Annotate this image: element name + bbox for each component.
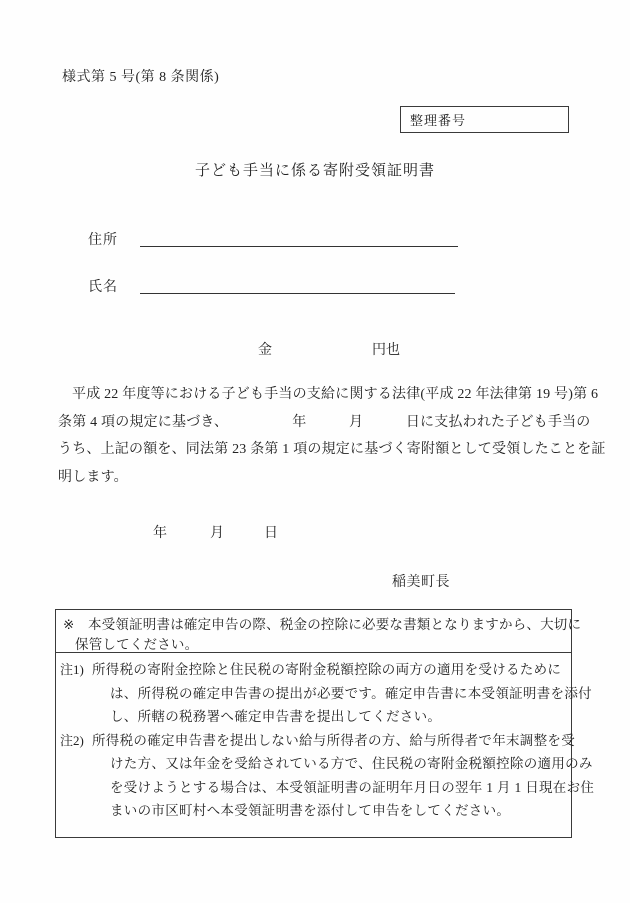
notes-box: ※ 本受領証明書は確定申告の際、税金の控除に必要な書類となりますから、大切に 保… [55, 609, 572, 838]
name-label: 氏名 [88, 276, 118, 296]
note-line: は、所得税の確定申告書の提出が必要です。確定申告書に本受領証明書を添付 [110, 682, 571, 706]
document-page: { "page": { "form_label": "様式第 5 号(第 8 条… [0, 0, 630, 903]
notes-section: 注1) 所得税の寄附金控除と住民税の寄附金税額控除の両方の適用を受けるために は… [56, 653, 571, 823]
amount-prefix-label: 金 [258, 339, 272, 359]
paragraph-line: 明します。 [58, 464, 572, 492]
note-line: を受けようとする場合は、本受領証明書の証明年月日の翌年 1 月 1 日現在お住 [110, 776, 571, 800]
address-label: 住所 [88, 229, 118, 249]
note-item-1: 注1) 所得税の寄附金控除と住民税の寄附金税額控除の両方の適用を受けるために は… [56, 658, 571, 729]
paragraph-line: 平成 22 年度等における子ども手当の支給に関する法律(平成 22 年法律第 1… [58, 381, 572, 409]
note-line: し、所轄の税務署へ確定申告書を提出してください。 [110, 705, 571, 729]
note-1-label: 注1) [60, 658, 84, 682]
certification-paragraph: 平成 22 年度等における子ども手当の支給に関する法律(平成 22 年法律第 1… [58, 381, 572, 491]
note-line: 所得税の寄附金控除と住民税の寄附金税額控除の両方の適用を受けるために [92, 658, 571, 682]
warning-line: 保管してください。 [75, 635, 571, 655]
note-line: まいの市区町村へ本受領証明書を添付して申告をしてください。 [110, 799, 571, 823]
note-line: 所得税の確定申告書を提出しない給与所得者の方、給与所得者で年末調整を受 [92, 729, 571, 753]
note-2-label: 注2) [60, 729, 84, 753]
paragraph-line: 条第 4 項の規定に基づき、 年 月 日に支払われた子ども手当の [58, 409, 572, 437]
warning-marker: ※ [63, 615, 74, 635]
note-item-2: 注2) 所得税の確定申告書を提出しない給与所得者の方、給与所得者で年末調整を受 … [56, 729, 571, 823]
reference-number-label: 整理番号 [410, 110, 466, 129]
address-fill-line [140, 246, 458, 247]
note-line: けた方、又は年金を受給されている方で、住民税の寄附金税額控除の適用のみ [110, 752, 571, 776]
issuer-signature: 稲美町長 [392, 571, 450, 591]
warning-section: ※ 本受領証明書は確定申告の際、税金の控除に必要な書類となりますから、大切に 保… [56, 610, 571, 653]
form-number-label: 様式第 5 号(第 8 条関係) [62, 66, 219, 86]
document-title: 子ども手当に係る寄附受領証明書 [0, 159, 630, 180]
reference-number-box: 整理番号 [400, 106, 569, 133]
name-fill-line [140, 293, 455, 294]
date-month-label: 月 [210, 522, 224, 542]
paragraph-line: うち、上記の額を、同法第 23 条第 1 項の規定に基づく寄附額として受領したこ… [58, 436, 572, 464]
warning-line: 本受領証明書は確定申告の際、税金の控除に必要な書類となりますから、大切に [88, 615, 571, 635]
date-day-label: 日 [264, 522, 278, 542]
amount-suffix-label: 円也 [372, 339, 400, 359]
date-year-label: 年 [153, 522, 167, 542]
